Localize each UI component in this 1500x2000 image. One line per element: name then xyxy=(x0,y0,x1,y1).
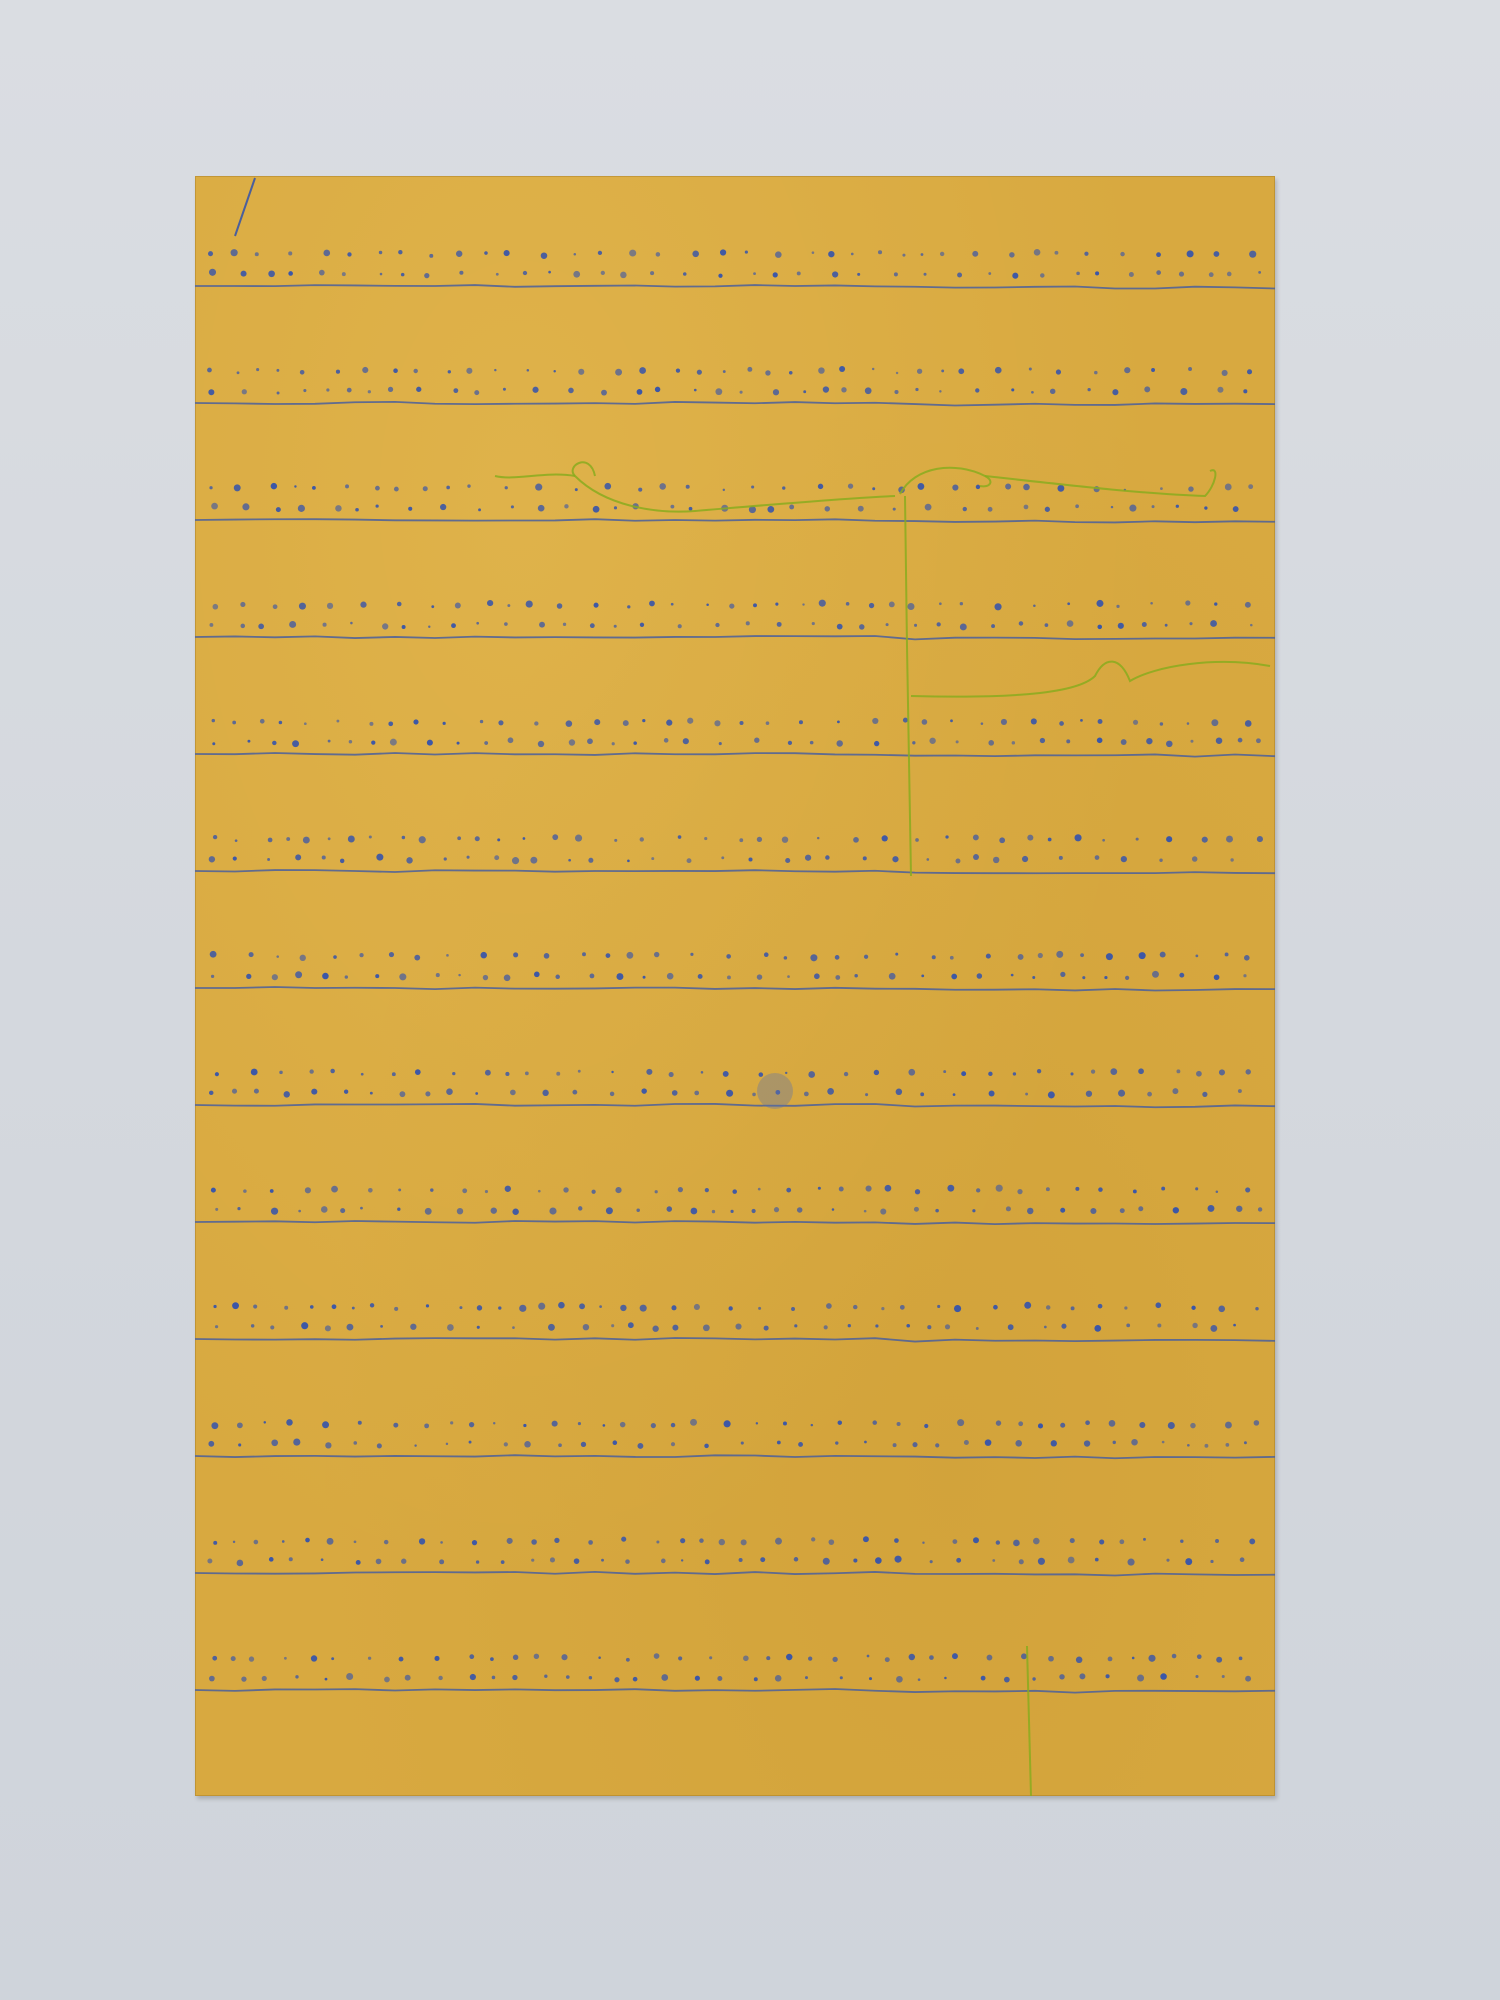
blue-line xyxy=(195,1104,1275,1107)
blue-line xyxy=(195,636,1275,639)
green-vine-stroke xyxy=(900,468,990,494)
blue-line xyxy=(195,285,1275,288)
blue-line xyxy=(195,1689,1275,1693)
painting-artwork xyxy=(195,176,1275,1796)
blue-line xyxy=(195,987,1275,990)
green-vine-stroke xyxy=(495,475,575,478)
blue-line xyxy=(195,402,1275,406)
blue-line xyxy=(195,1572,1275,1576)
blue-line xyxy=(195,519,1275,522)
blue-line xyxy=(195,753,1275,757)
painting-canvas xyxy=(195,176,1275,1796)
green-vine-stroke xyxy=(911,662,1270,697)
blue-line xyxy=(195,1338,1275,1342)
green-vine-stroke xyxy=(573,462,895,511)
green-vine-stroke xyxy=(1027,1646,1031,1796)
blue-line xyxy=(195,1221,1275,1224)
green-vine-stroke xyxy=(905,496,911,876)
green-vine-stroke xyxy=(985,470,1215,496)
blue-line xyxy=(195,870,1275,873)
blue-line xyxy=(195,1455,1275,1458)
